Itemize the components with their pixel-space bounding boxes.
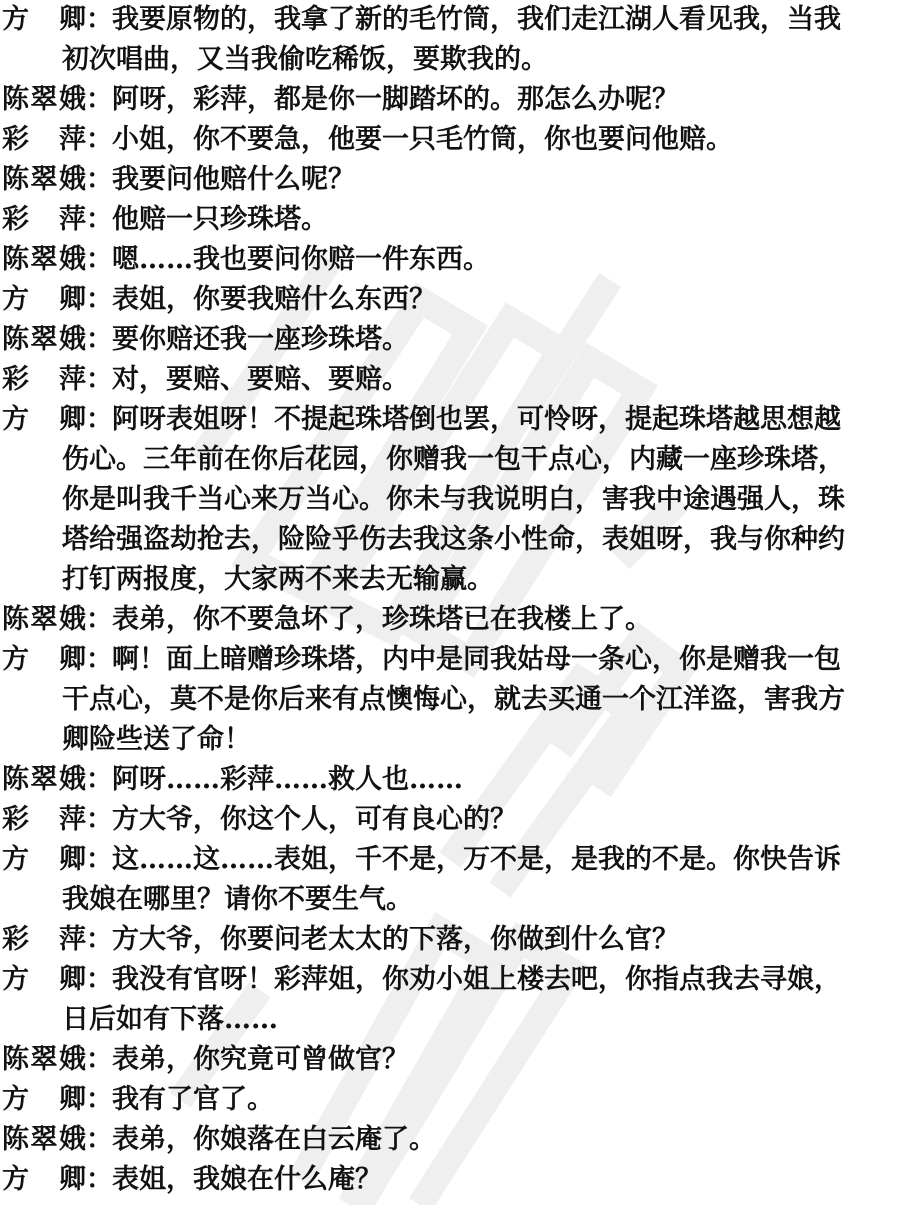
speaker-colon: ： [86, 360, 112, 400]
dialogue-entry: 彩萍：他赔一只珍珠塔。 [2, 200, 882, 240]
dialogue-text: 这……这……表姐，千不是，万不是，是我的不是。你快告诉 [112, 840, 841, 880]
dialogue-first-line: 彩萍：小姐，你不要急，他要一只毛竹筒，你也要问他赔。 [2, 120, 882, 160]
speaker-name: 陈翠娥 [2, 160, 86, 200]
dialogue-entry: 陈翠娥：嗯……我也要问你赔一件东西。 [2, 240, 882, 280]
dialogue-entry: 方卿：我没有官呀！彩萍姐，你劝小姐上楼去吧，你指点我去寻娘，日后如有下落…… [2, 960, 882, 1040]
speaker-name: 方卿 [2, 1080, 86, 1120]
dialogue-continuation: 我娘在哪里？请你不要生气。 [2, 880, 882, 920]
dialogue-first-line: 方卿：这……这……表姐，千不是，万不是，是我的不是。你快告诉 [2, 840, 882, 880]
dialogue-text: 表姐，你要我赔什么东西？ [112, 280, 436, 320]
speaker-name: 陈翠娥 [2, 80, 86, 120]
speaker-colon: ： [86, 840, 112, 880]
dialogue-text: 阿呀……彩萍……救人也…… [112, 760, 463, 800]
speaker-colon: ： [86, 280, 112, 320]
dialogue-text: 要你赔还我一座珍珠塔。 [112, 320, 409, 360]
speaker-name: 陈翠娥 [2, 240, 86, 280]
dialogue-entry: 方卿：表姐，我娘在什么庵？ [2, 1160, 882, 1200]
dialogue-entry: 陈翠娥：表弟，你究竟可曾做官？ [2, 1040, 882, 1080]
dialogue-text: 方大爷，你这个人，可有良心的？ [112, 800, 517, 840]
dialogue-entry: 陈翠娥：表弟，你娘落在白云庵了。 [2, 1120, 882, 1160]
speaker-colon: ： [86, 400, 112, 440]
speaker-colon: ： [86, 1160, 112, 1200]
speaker-colon: ： [86, 160, 112, 200]
dialogue-text: 啊！面上暗赠珍珠塔，内中是同我姑母一条心，你是赠我一包 [112, 640, 841, 680]
dialogue-first-line: 陈翠娥：表弟，你娘落在白云庵了。 [2, 1120, 882, 1160]
dialogue-text: 嗯……我也要问你赔一件东西。 [112, 240, 490, 280]
dialogue-first-line: 方卿：啊！面上暗赠珍珠塔，内中是同我姑母一条心，你是赠我一包 [2, 640, 882, 680]
speaker-name: 方卿 [2, 640, 86, 680]
dialogue-text: 阿呀，彩萍，都是你一脚踏坏的。那怎么办呢？ [112, 80, 679, 120]
dialogue-first-line: 陈翠娥：要你赔还我一座珍珠塔。 [2, 320, 882, 360]
dialogue-first-line: 彩萍：方大爷，你这个人，可有良心的？ [2, 800, 882, 840]
speaker-name: 方卿 [2, 960, 86, 1000]
dialogue-continuation: 塔给强盗劫抢去，险险乎伤去我这条小性命，表姐呀，我与你种约 [2, 520, 882, 560]
speaker-colon: ： [86, 0, 112, 40]
speaker-name: 陈翠娥 [2, 600, 86, 640]
speaker-colon: ： [86, 760, 112, 800]
dialogue-first-line: 方卿：我有了官了。 [2, 1080, 882, 1120]
dialogue-first-line: 陈翠娥：嗯……我也要问你赔一件东西。 [2, 240, 882, 280]
dialogue-text: 表姐，我娘在什么庵？ [112, 1160, 382, 1200]
dialogue-continuation: 伤心。三年前在你后花园，你赠我一包干点心，内藏一座珍珠塔， [2, 440, 882, 480]
dialogue-text: 我要问他赔什么呢？ [112, 160, 355, 200]
speaker-colon: ： [86, 800, 112, 840]
dialogue-text: 他赔一只珍珠塔。 [112, 200, 328, 240]
speaker-colon: ： [86, 320, 112, 360]
speaker-colon: ： [86, 120, 112, 160]
dialogue-continuation: 卿险些送了命！ [2, 720, 882, 760]
dialogue-first-line: 方卿：表姐，我娘在什么庵？ [2, 1160, 882, 1200]
dialogue-text: 阿呀表姐呀！不提起珠塔倒也罢，可怜呀，提起珠塔越思想越 [112, 400, 841, 440]
speaker-name: 彩萍 [2, 360, 86, 400]
speaker-colon: ： [86, 920, 112, 960]
speaker-name: 彩萍 [2, 800, 86, 840]
dialogue-text: 我要原物的，我拿了新的毛竹筒，我们走江湖人看见我，当我 [112, 0, 841, 40]
speaker-name: 彩萍 [2, 200, 86, 240]
speaker-name: 陈翠娥 [2, 760, 86, 800]
dialogue-entry: 方卿：阿呀表姐呀！不提起珠塔倒也罢，可怜呀，提起珠塔越思想越伤心。三年前在你后花… [2, 400, 882, 600]
dialogue-text: 我有了官了。 [112, 1080, 274, 1120]
speaker-colon: ： [86, 200, 112, 240]
dialogue-entry: 陈翠娥：表弟，你不要急坏了，珍珠塔已在我楼上了。 [2, 600, 882, 640]
dialogue-entry: 方卿：我要原物的，我拿了新的毛竹筒，我们走江湖人看见我，当我初次唱曲，又当我偷吃… [2, 0, 882, 80]
dialogue-first-line: 陈翠娥：表弟，你不要急坏了，珍珠塔已在我楼上了。 [2, 600, 882, 640]
speaker-colon: ： [86, 960, 112, 1000]
dialogue-entry: 陈翠娥：我要问他赔什么呢？ [2, 160, 882, 200]
speaker-colon: ： [86, 600, 112, 640]
dialogue-entry: 方卿：我有了官了。 [2, 1080, 882, 1120]
speaker-name: 方卿 [2, 840, 86, 880]
dialogue-entry: 方卿：表姐，你要我赔什么东西？ [2, 280, 882, 320]
dialogue-first-line: 彩萍：方大爷，你要问老太太的下落，你做到什么官？ [2, 920, 882, 960]
dialogue-first-line: 方卿：我要原物的，我拿了新的毛竹筒，我们走江湖人看见我，当我 [2, 0, 882, 40]
speaker-name: 彩萍 [2, 920, 86, 960]
dialogue-entry: 方卿：这……这……表姐，千不是，万不是，是我的不是。你快告诉我娘在哪里？请你不要… [2, 840, 882, 920]
dialogue-first-line: 陈翠娥：表弟，你究竟可曾做官？ [2, 1040, 882, 1080]
speaker-colon: ： [86, 640, 112, 680]
speaker-colon: ： [86, 1080, 112, 1120]
dialogue-text: 对，要赔、要赔、要赔。 [112, 360, 409, 400]
dialogue-continuation: 日后如有下落…… [2, 1000, 882, 1040]
speaker-colon: ： [86, 80, 112, 120]
speaker-name: 方卿 [2, 400, 86, 440]
speaker-name: 陈翠娥 [2, 1040, 86, 1080]
dialogue-first-line: 彩萍：他赔一只珍珠塔。 [2, 200, 882, 240]
speaker-name: 方卿 [2, 280, 86, 320]
dialogue-text: 表弟，你娘落在白云庵了。 [112, 1120, 436, 1160]
speaker-name: 方卿 [2, 0, 86, 40]
dialogue-text: 表弟，你不要急坏了，珍珠塔已在我楼上了。 [112, 600, 652, 640]
speaker-name: 彩萍 [2, 120, 86, 160]
dialogue-entry: 方卿：啊！面上暗赠珍珠塔，内中是同我姑母一条心，你是赠我一包干点心，莫不是你后来… [2, 640, 882, 760]
dialogue-first-line: 方卿：阿呀表姐呀！不提起珠塔倒也罢，可怜呀，提起珠塔越思想越 [2, 400, 882, 440]
dialogue-entry: 陈翠娥：要你赔还我一座珍珠塔。 [2, 320, 882, 360]
dialogue-first-line: 陈翠娥：我要问他赔什么呢？ [2, 160, 882, 200]
dialogue-entry: 陈翠娥：阿呀……彩萍……救人也…… [2, 760, 882, 800]
speaker-name: 陈翠娥 [2, 320, 86, 360]
dialogue-continuation: 打钉两报度，大家两不来去无输赢。 [2, 560, 882, 600]
dialogue-first-line: 陈翠娥：阿呀，彩萍，都是你一脚踏坏的。那怎么办呢？ [2, 80, 882, 120]
dialogue-continuation: 初次唱曲，又当我偷吃稀饭，要欺我的。 [2, 40, 882, 80]
speaker-name: 方卿 [2, 1160, 86, 1200]
dialogue-first-line: 方卿：表姐，你要我赔什么东西？ [2, 280, 882, 320]
script-body: 方卿：我要原物的，我拿了新的毛竹筒，我们走江湖人看见我，当我初次唱曲，又当我偷吃… [2, 0, 882, 1200]
dialogue-entry: 彩萍：对，要赔、要赔、要赔。 [2, 360, 882, 400]
dialogue-text: 表弟，你究竟可曾做官？ [112, 1040, 409, 1080]
dialogue-text: 小姐，你不要急，他要一只毛竹筒，你也要问他赔。 [112, 120, 733, 160]
dialogue-entry: 彩萍：方大爷，你要问老太太的下落，你做到什么官？ [2, 920, 882, 960]
dialogue-entry: 彩萍：方大爷，你这个人，可有良心的？ [2, 800, 882, 840]
dialogue-continuation: 你是叫我千当心来万当心。你未与我说明白，害我中途遇强人，珠 [2, 480, 882, 520]
speaker-colon: ： [86, 240, 112, 280]
speaker-colon: ： [86, 1120, 112, 1160]
speaker-colon: ： [86, 1040, 112, 1080]
dialogue-continuation: 干点心，莫不是你后来有点懊悔心，就去买通一个江洋盗，害我方 [2, 680, 882, 720]
dialogue-text: 我没有官呀！彩萍姐，你劝小姐上楼去吧，你指点我去寻娘， [112, 960, 841, 1000]
speaker-name: 陈翠娥 [2, 1120, 86, 1160]
dialogue-first-line: 陈翠娥：阿呀……彩萍……救人也…… [2, 760, 882, 800]
dialogue-first-line: 彩萍：对，要赔、要赔、要赔。 [2, 360, 882, 400]
dialogue-first-line: 方卿：我没有官呀！彩萍姐，你劝小姐上楼去吧，你指点我去寻娘， [2, 960, 882, 1000]
dialogue-text: 方大爷，你要问老太太的下落，你做到什么官？ [112, 920, 679, 960]
dialogue-entry: 彩萍：小姐，你不要急，他要一只毛竹筒，你也要问他赔。 [2, 120, 882, 160]
dialogue-entry: 陈翠娥：阿呀，彩萍，都是你一脚踏坏的。那怎么办呢？ [2, 80, 882, 120]
